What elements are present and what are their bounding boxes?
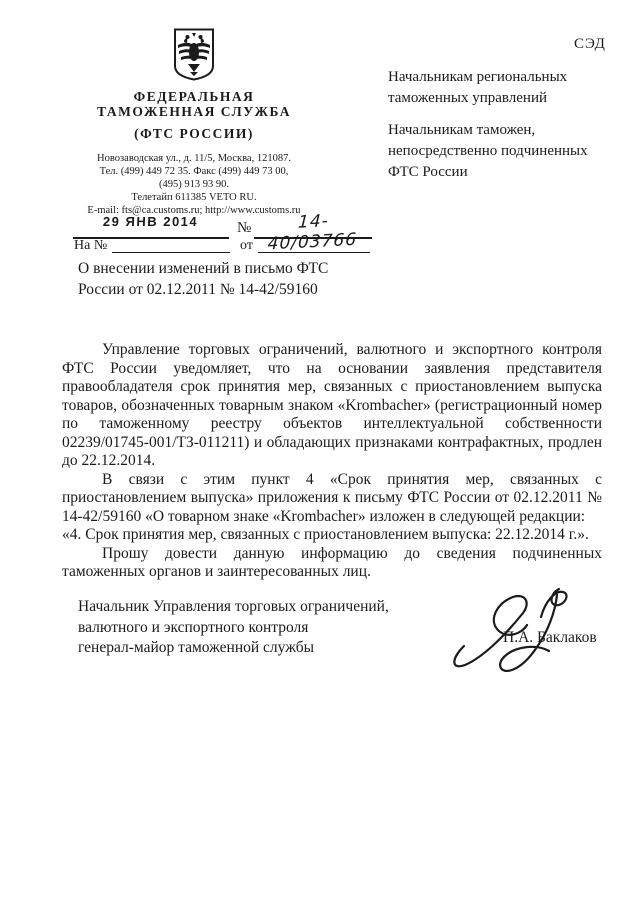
address-line: Телетайп 611385 VETO RU. <box>58 191 330 204</box>
letterhead: ФЕДЕРАЛЬНАЯ ТАМОЖЕННАЯ СЛУЖБА (ФТС РОССИ… <box>58 28 330 217</box>
org-abbreviation: (ФТС РОССИИ) <box>58 127 330 141</box>
letter-body: Управление торговых ограничений, валютно… <box>62 341 602 582</box>
coat-of-arms-icon <box>171 28 217 81</box>
address-line: Тел. (499) 449 72 35. Факс (499) 449 73 … <box>58 165 330 178</box>
body-paragraph: Управление торговых ограничений, валютно… <box>62 341 602 471</box>
from-date-blank <box>258 232 370 253</box>
from-date-label: от <box>240 238 253 254</box>
recipient-customs: Начальникам таможен, непосредственно под… <box>388 120 618 183</box>
body-paragraph: Прошу довести данную информацию до сведе… <box>62 545 602 582</box>
handwritten-signature-icon <box>444 586 626 676</box>
signer-position: Начальник Управления торговых ограничени… <box>78 597 389 659</box>
org-name-line1: ФЕДЕРАЛЬНАЯ <box>58 90 330 105</box>
date-stamp: 29 ЯНВ 2014 <box>103 211 199 229</box>
recipient-regional: Начальникам региональных таможенных упра… <box>388 67 618 109</box>
body-paragraph: В связи с этим пункт 4 «Срок принятия ме… <box>62 471 602 527</box>
sed-label: СЭД <box>574 36 606 53</box>
org-name-line2: ТАМОЖЕННАЯ СЛУЖБА <box>58 105 330 120</box>
document-page: СЭД Начальникам региональных таможенных … <box>0 0 640 905</box>
number-label: № <box>237 220 251 237</box>
letter-subject: О внесении изменений в письмо ФТС России… <box>78 259 418 300</box>
recipients-block: Начальникам региональных таможенных упра… <box>388 67 618 183</box>
address-line: Новозаводская ул., д. 11/5, Москва, 1210… <box>58 152 330 165</box>
body-paragraph-quote: «4. Срок принятия мер, связанных с приос… <box>62 526 602 545</box>
address-line: (495) 913 93 90. <box>58 178 330 191</box>
in-reply-label: На № <box>74 238 107 254</box>
in-reply-number-blank <box>112 232 230 253</box>
